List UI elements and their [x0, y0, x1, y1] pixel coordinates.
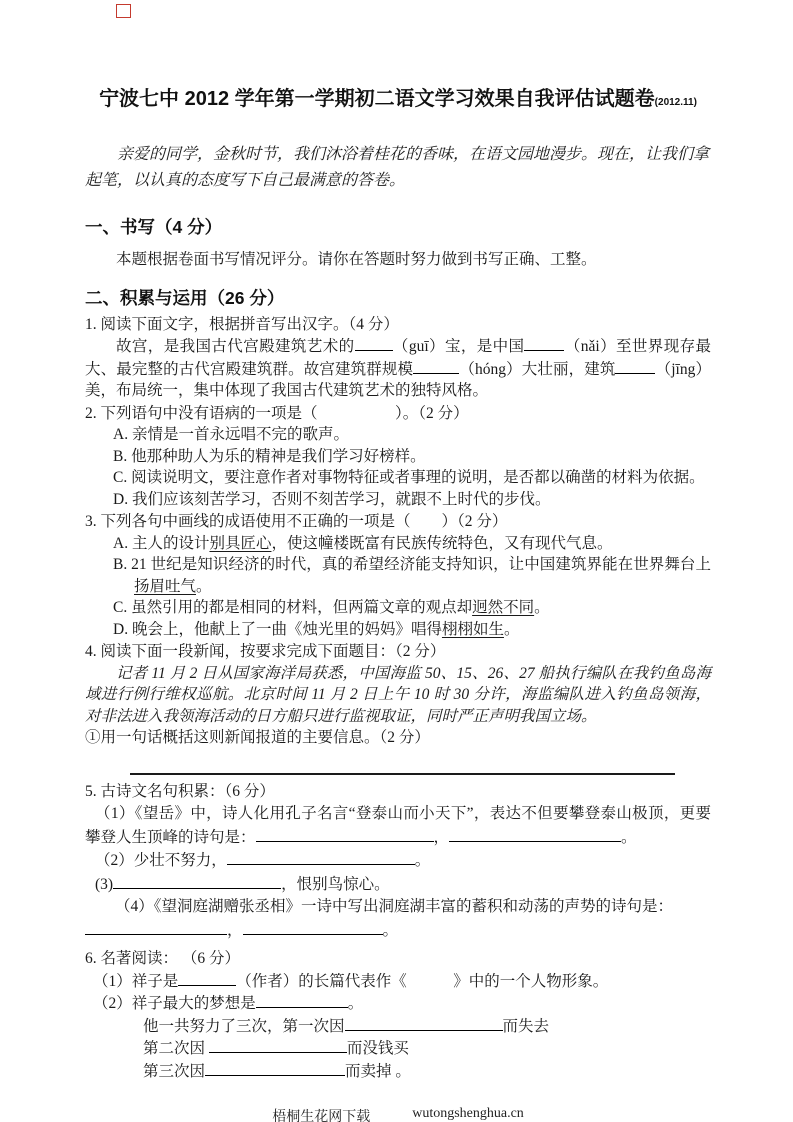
- q3-option-c-text: C. 虽然引用的都是相同的材料，但两篇文章的观点却: [113, 599, 472, 616]
- q3-option-c: C. 虽然引用的都是相同的材料，但两篇文章的观点却迥然不同。: [113, 597, 711, 619]
- q1-passage: 故宫，是我国古代宫殿建筑艺术的（guī）宝，是中国（nǎi）至世界现存最大、最完…: [85, 335, 711, 402]
- q6-item-1-text: （1）祥子是: [93, 973, 178, 990]
- q5-item-2-period: 。: [415, 852, 431, 869]
- q1-blank-2: [524, 335, 564, 351]
- q2-option-b: B. 他那种助人为乐的精神是我们学习好榜样。: [113, 446, 711, 468]
- q6-line-4-text: 第二次因: [143, 1040, 209, 1057]
- q6-line-5-blank: [205, 1060, 345, 1076]
- q5-item-2: （2）少壮不努力，。: [85, 849, 711, 873]
- q6-item-1-tail: （作者）的长篇代表作《 》中的一个人物形象。: [236, 973, 608, 990]
- q6-item-2-text: （2）祥子最大的梦想是: [93, 995, 256, 1012]
- q1-blank-3: [413, 358, 459, 374]
- q5-item-1-blank-2: [449, 826, 621, 842]
- q3-option-b-tail: 。: [196, 578, 212, 595]
- q3-option-d-text: D. 晚会上，他献上了一曲《烛光里的妈妈》唱得: [113, 621, 442, 638]
- q4-stem: 4. 阅读下面一段新闻，按要求完成下面题目：（2 分）: [85, 641, 711, 663]
- q1-blank-4: [615, 358, 655, 374]
- q5-item-3-blank: [113, 873, 281, 889]
- q6-item-2-period: 。: [348, 995, 364, 1012]
- q6-line-4-blank: [209, 1037, 347, 1053]
- q5-item-3: (3)，恨别鸟惊心。: [85, 873, 711, 897]
- section-2-heading: 二、积累与运用（26 分）: [85, 287, 711, 310]
- q3-option-b-idiom: 扬眉吐气: [134, 578, 196, 595]
- q5-item-3-text: ，恨别鸟惊心。: [281, 876, 390, 893]
- q2-option-a: A. 亲情是一首永远唱不完的歌声。: [113, 424, 711, 446]
- q3-option-d-idiom: 栩栩如生: [442, 621, 504, 638]
- q5-item-2-text: （2）少壮不努力，: [95, 852, 227, 869]
- q3-option-c-idiom: 迥然不同: [472, 599, 534, 616]
- exam-paper-page: 宁波七中 2012 学年第一学期初二语文学习效果自我评估试题卷(2012.11)…: [0, 0, 793, 1122]
- q2-stem: 2. 下列语句中没有语病的一项是（ ）。（2 分）: [85, 403, 711, 425]
- q6-stem: 6. 名著阅读： （6 分）: [85, 948, 711, 970]
- q4-news-paragraph: 记者 11 月 2 日从国家海洋局获悉，中国海监 50、15、26、27 船执行…: [85, 663, 711, 728]
- q6-item-1: （1）祥子是（作者）的长篇代表作《 》中的一个人物形象。: [85, 970, 711, 993]
- q1-blank-1: [355, 335, 393, 351]
- q6-line-3-blank: [345, 1015, 503, 1031]
- q5-item-4-blank-2: [243, 919, 383, 935]
- q5-item-1-comma: ，: [434, 829, 450, 846]
- q3-option-b-text: B. 21 世纪是知识经济的时代，真的希望经济能支持知识，让中国建筑界能在世界舞…: [113, 556, 711, 573]
- q3-option-a-tail: ，使这幢楼既富有民族传统特色，又有现代气息。: [271, 535, 612, 552]
- footer-site-name: 梧桐生花网下载: [272, 1106, 370, 1122]
- q3-option-a-idiom: 别具匠心: [209, 535, 271, 552]
- q6-item-2: （2）祥子最大的梦想是。: [85, 992, 711, 1015]
- q5-item-4: （4）《望洞庭湖赠张丞相》一诗中写出洞庭湖丰富的蓄积和动荡的声势的诗句是：: [85, 896, 711, 919]
- q6-item-1-blank: [178, 970, 236, 986]
- q5-item-1-blank-1: [256, 826, 434, 842]
- q3-option-a: A. 主人的设计别具匠心，使这幢楼既富有民族传统特色，又有现代气息。: [113, 533, 711, 555]
- q3-option-d: D. 晚会上，他献上了一曲《烛光里的妈妈》唱得栩栩如生。: [113, 619, 711, 641]
- q6-line-3-tail: 而失去: [503, 1018, 550, 1035]
- section-1-body: 本题根据卷面书写情况评分。请你在答题时努力做到书写正确、工整。: [85, 249, 711, 271]
- page-title: 宁波七中 2012 学年第一学期初二语文学习效果自我评估试题卷(2012.11): [85, 86, 711, 116]
- q6-line-3-text: 他一共努力了三次，第一次因: [143, 1018, 345, 1035]
- q1-text-2: （guī）宝，是中国: [393, 338, 525, 355]
- q4-subquestion-1: ①用一句话概括这则新闻报道的主要信息。（2 分）: [85, 727, 711, 749]
- q5-item-4-blanks: ，。: [85, 919, 711, 943]
- q1-stem: 1. 阅读下面文字，根据拼音写出汉字。（4 分）: [85, 314, 711, 336]
- q6-item-2-blank: [256, 992, 348, 1008]
- q2-option-d: D. 我们应该刻苦学习，否则不刻苦学习，就跟不上时代的步伐。: [113, 489, 711, 511]
- q5-item-2-blank: [227, 849, 415, 865]
- q4-answer-line: [130, 759, 675, 775]
- q5-item-1-period: 。: [621, 829, 637, 846]
- page-title-text: 宁波七中 2012 学年第一学期初二语文学习效果自我评估试题卷: [99, 88, 655, 110]
- q2-option-c: C. 阅读说明文，要注意作者对事物特征或者事理的说明，是否都以确凿的材料为依据。: [113, 467, 711, 489]
- q1-text-1: 故宫，是我国古代宫殿建筑艺术的: [116, 338, 355, 355]
- q6-line-4: 第二次因 而没钱买: [143, 1037, 711, 1060]
- red-corner-mark: [116, 4, 131, 18]
- q5-stem: 5. 古诗文名句积累：（6 分）: [85, 781, 711, 804]
- q6-line-5: 第三次因而卖掉 。: [143, 1060, 711, 1083]
- q3-stem: 3. 下列各句中画线的成语使用不正确的一项是（ ）（2 分）: [85, 511, 711, 533]
- intro-paragraph: 亲爱的同学，金秋时节，我们沐浴着桂花的香味，在语文园地漫步。现在，让我们拿起笔，…: [85, 142, 711, 194]
- q3-option-a-text: A. 主人的设计: [113, 535, 209, 552]
- q6-line-3: 他一共努力了三次，第一次因而失去: [143, 1015, 711, 1038]
- q6-line-5-tail: 而卖掉 。: [345, 1063, 411, 1080]
- q6-line-5-text: 第三次因: [143, 1063, 205, 1080]
- title-date-note: (2012.11): [655, 97, 697, 108]
- footer-site-url: wutongshenghua.cn: [412, 1106, 524, 1122]
- q5-item-3-label: (3): [95, 876, 113, 893]
- section-1-heading: 一、书写（4 分）: [85, 216, 711, 239]
- q3-option-d-tail: 。: [504, 621, 520, 638]
- q1-text-4: （hóng）大壮丽，建筑: [459, 361, 615, 378]
- q6-line-4-tail: 而没钱买: [347, 1040, 409, 1057]
- q5-item-1: （1）《望岳》中，诗人化用孔子名言“登泰山而小天下”，表达不但要攀登泰山极顶，更…: [85, 803, 711, 849]
- q3-option-b: B. 21 世纪是知识经济的时代，真的希望经济能支持知识，让中国建筑界能在世界舞…: [113, 554, 711, 597]
- page-footer: 梧桐生花网下载 wutongshenghua.cn: [85, 1106, 711, 1122]
- q5-item-4-comma: ，: [227, 922, 243, 939]
- q5-item-4-period: 。: [383, 922, 399, 939]
- q3-option-c-tail: 。: [534, 599, 550, 616]
- q5-item-4-blank-1: [85, 919, 227, 935]
